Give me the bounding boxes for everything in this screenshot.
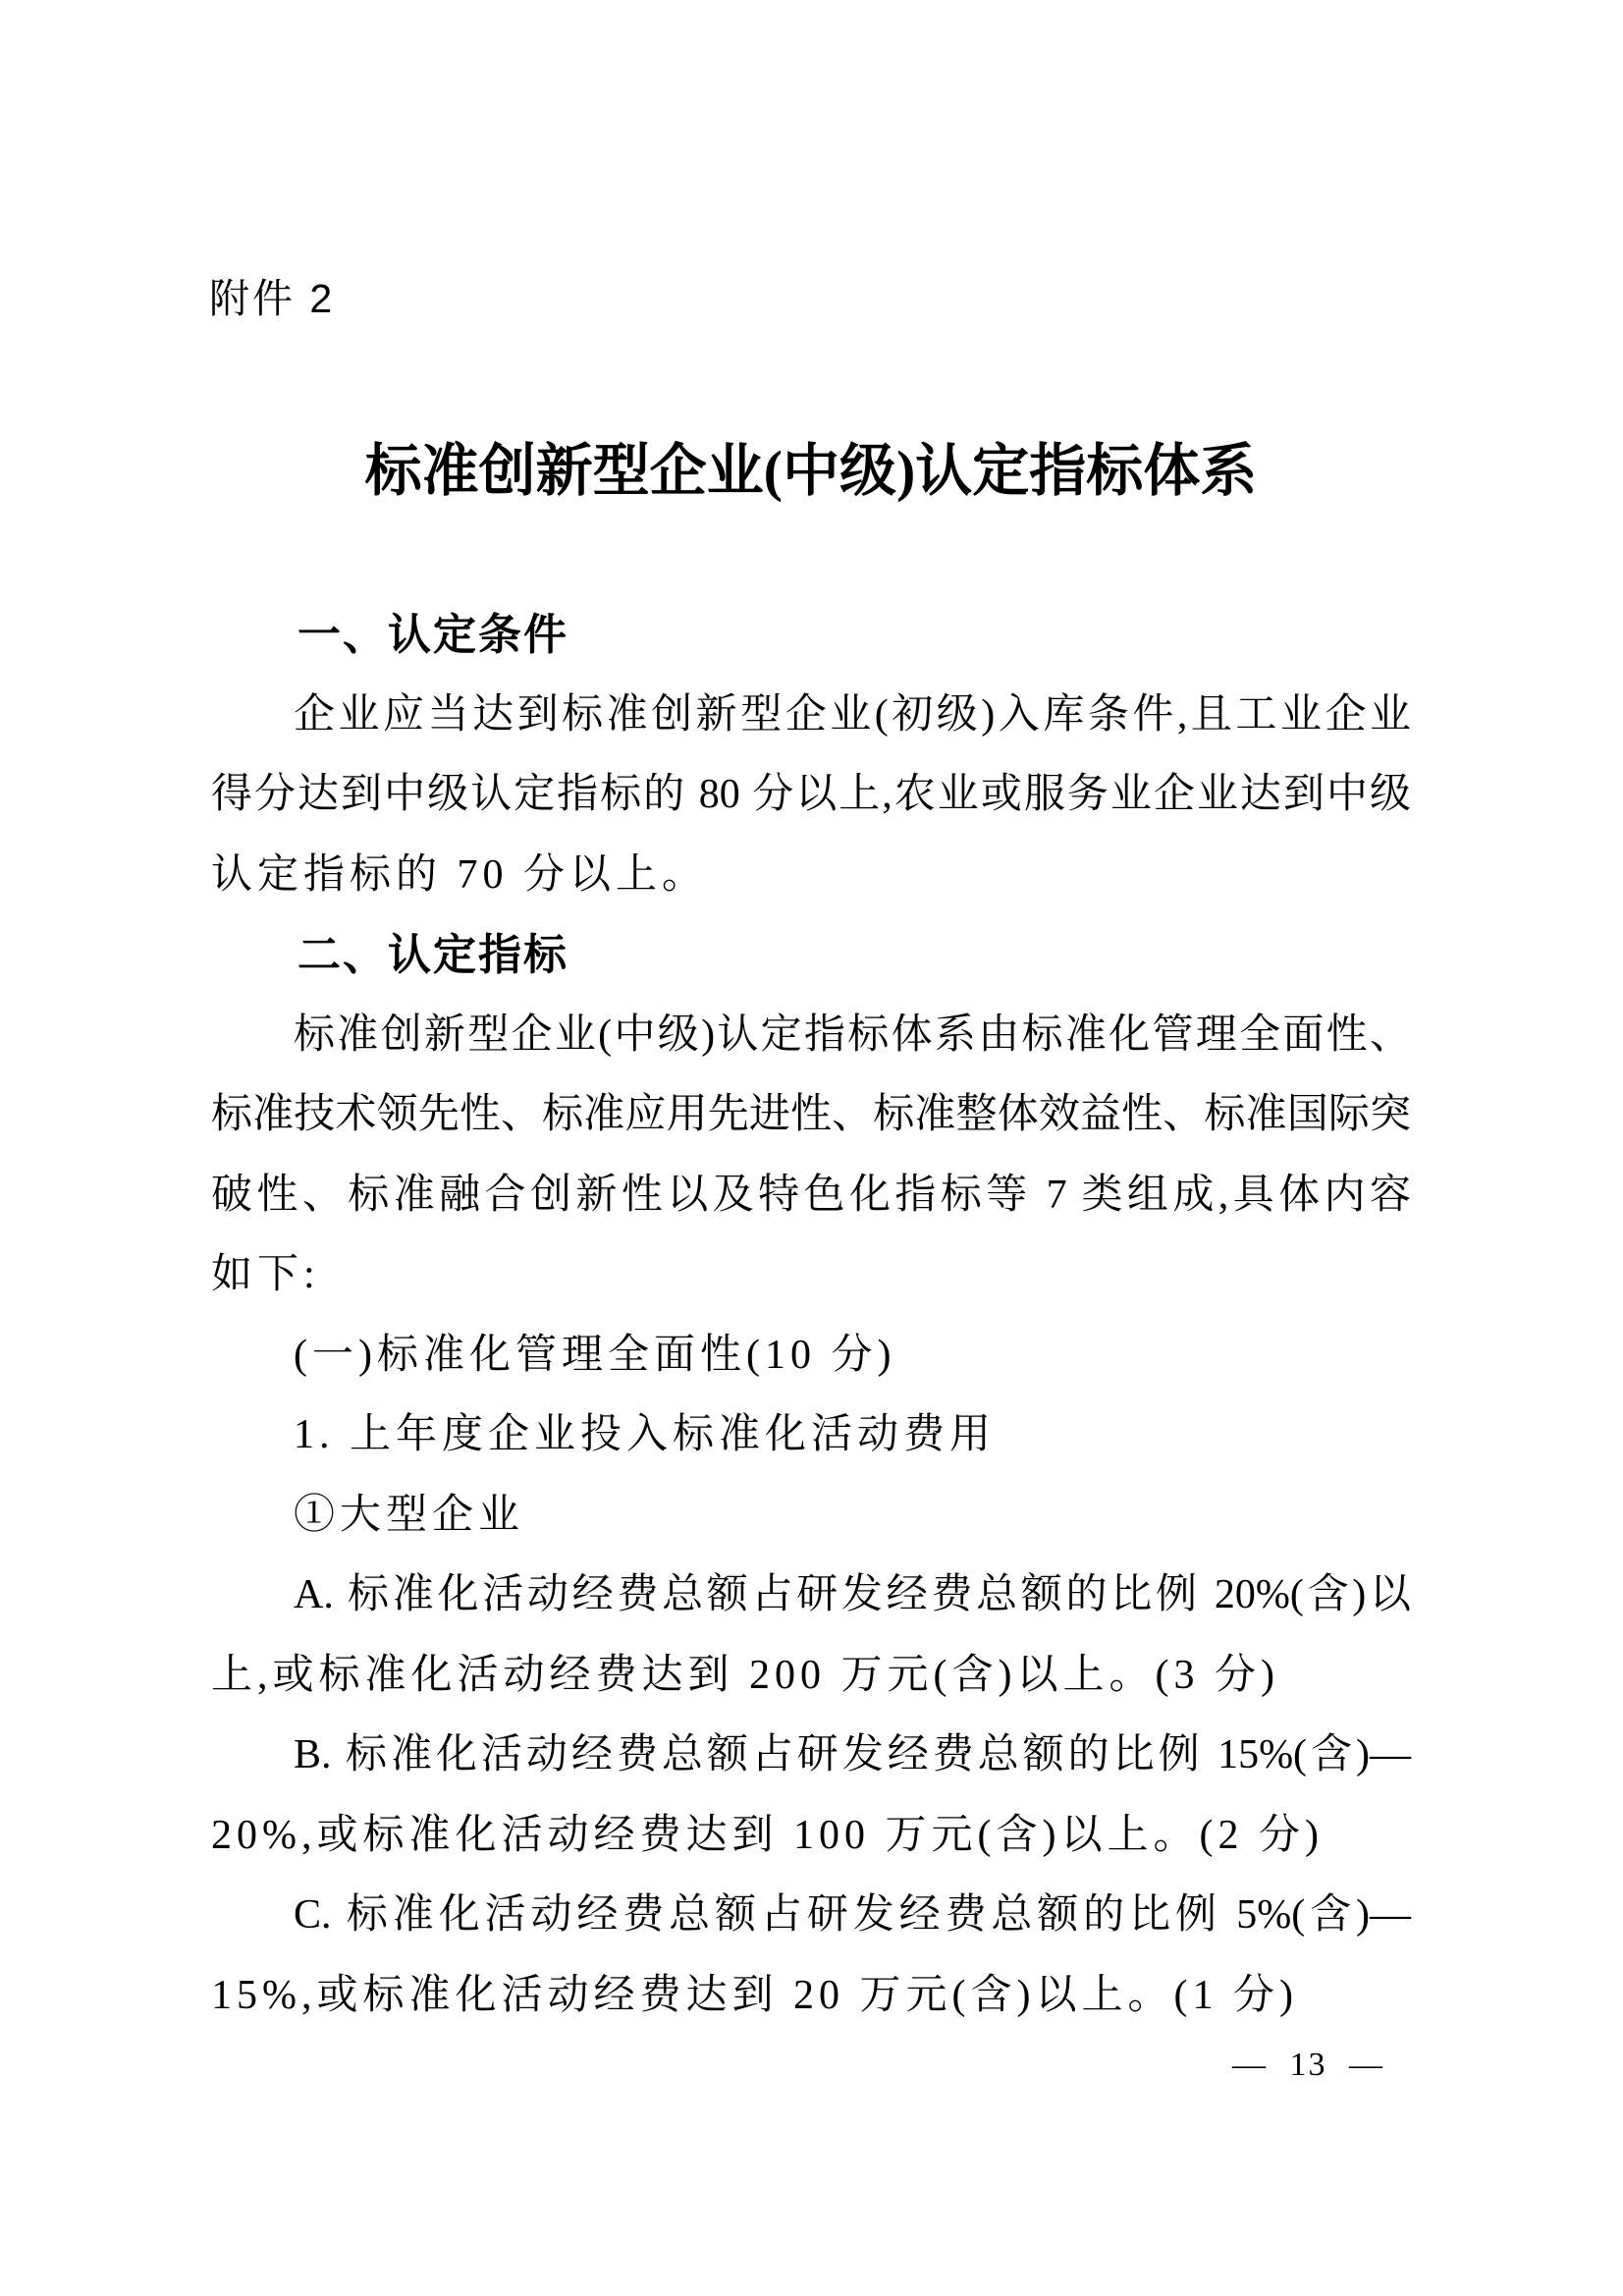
item-heading: 1. 上年度企业投入标准化活动费用 [211, 1395, 1411, 1476]
subsection-heading: (一)标准化管理全面性(10 分) [211, 1316, 1411, 1396]
document-page: 附件 2 标准创新型企业(中级)认定指标体系 一、认定条件 企业应当达到标准创新… [0, 0, 1623, 2296]
text-line: 标准创新型企业(中级)认定指标体系由标准化管理全面性、 [211, 996, 1411, 1076]
text-line: A. 标准化活动经费总额占研发经费总额的比例 20%(含)以 [211, 1556, 1411, 1636]
text-line: 破性、标准融合创新性以及特色化指标等 7 类组成,具体内容 [211, 1156, 1411, 1236]
text-line: 如下: [211, 1235, 1411, 1316]
document-body: 一、认定条件 企业应当达到标准创新型企业(初级)入库条件,且工业企业 得分达到中… [211, 595, 1411, 2036]
attachment-label: 附件 2 [209, 279, 335, 319]
page-number: — 13 — [1232, 2049, 1384, 2082]
section-heading-1: 一、认定条件 [211, 595, 1411, 676]
text-line: 上,或标准化活动经费达到 200 万元(含)以上。(3 分) [211, 1636, 1411, 1717]
text-line: 认定指标的 70 分以上。 [211, 836, 1411, 916]
text-line: 20%,或标准化活动经费达到 100 万元(含)以上。(2 分) [211, 1796, 1411, 1877]
section-heading-2: 二、认定指标 [211, 915, 1411, 996]
document-title: 标准创新型企业(中级)认定指标体系 [211, 440, 1411, 503]
sub-item-heading: ①大型企业 [211, 1476, 1411, 1557]
text-line: 得分达到中级认定指标的 80 分以上,农业或服务业企业达到中级 [211, 755, 1411, 836]
text-line: C. 标准化活动经费总额占研发经费总额的比例 5%(含)— [211, 1876, 1411, 1956]
text-line: 15%,或标准化活动经费达到 20 万元(含)以上。(1 分) [211, 1956, 1411, 2037]
text-line: 标准技术领先性、标准应用先进性、标准整体效益性、标准国际突 [211, 1075, 1411, 1156]
text-line: 企业应当达到标准创新型企业(初级)入库条件,且工业企业 [211, 676, 1411, 756]
text-line: B. 标准化活动经费总额占研发经费总额的比例 15%(含)— [211, 1716, 1411, 1796]
